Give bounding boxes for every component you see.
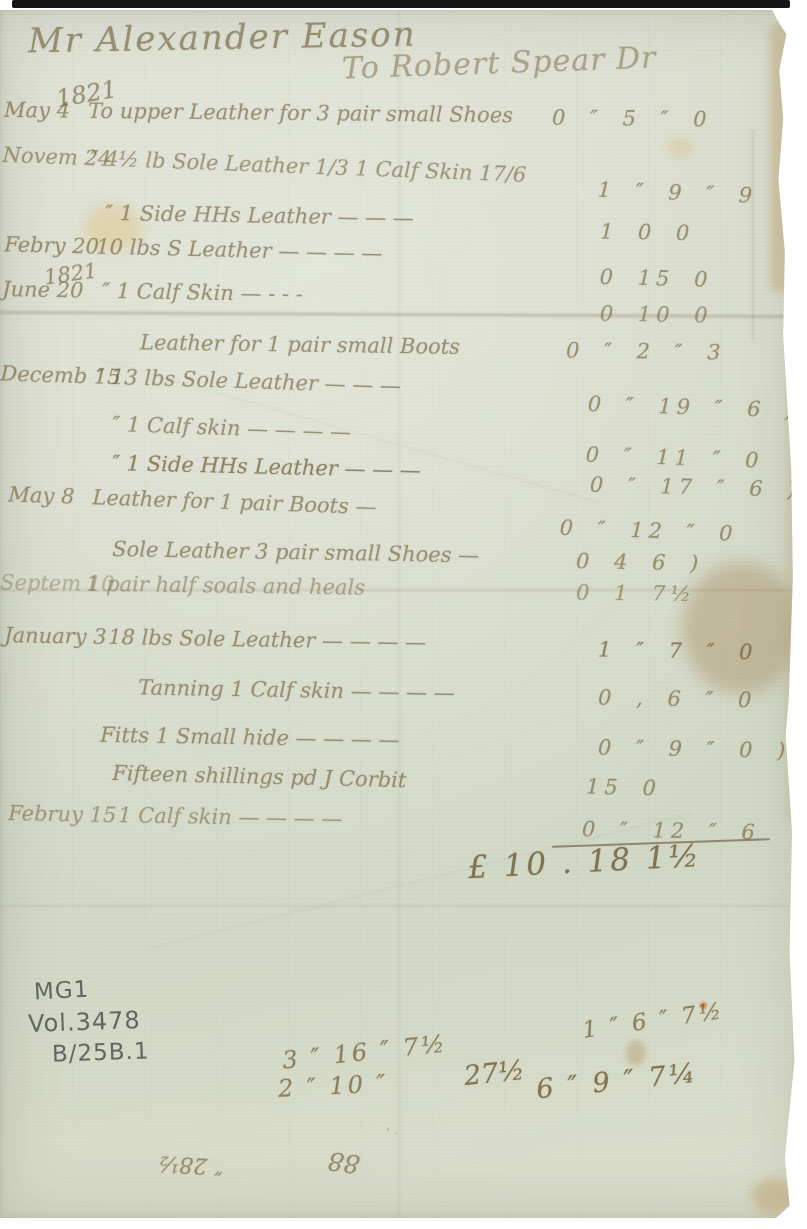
entry-description: Sole Leather 3 pair small Shoes —	[112, 537, 479, 567]
inverted-note: 88	[326, 1146, 362, 1179]
entry-amount: 0 ″ 9 ″ 0 )	[598, 735, 791, 762]
ledger-entry: January 3 18 lbs Sole Leather — — — — 1 …	[0, 623, 800, 679]
entry-amount: 1 0 0	[600, 219, 695, 245]
entry-amount: 0 10 0	[600, 301, 713, 327]
entry-description: Leather for 1 pair small Boots	[140, 330, 460, 358]
entry-amount: 1 ″ 7 ″ 0	[598, 637, 758, 664]
entry-date: January 3	[4, 623, 107, 649]
calculation-note: 6 ″ 9 ″ 7¼	[535, 1058, 700, 1106]
scan-edge-strip	[12, 0, 790, 8]
archival-mark: MG1	[33, 977, 90, 1006]
fold-crease	[0, 905, 800, 907]
entry-date: May 8	[8, 482, 75, 508]
entry-date: May 4	[4, 98, 70, 123]
paper-sheet: Mr Alexander Eason To Robert Spear Dr 18…	[0, 10, 800, 1218]
entry-amount: 0 , 6 ″ 0	[598, 685, 757, 712]
archival-mark: Vol.3478	[28, 1006, 142, 1038]
entry-description: 18 lbs Sole Leather — — — —	[108, 625, 426, 655]
entry-description: To upper Leather for 3 pair small Shoes	[88, 99, 513, 127]
entry-description: ″ 1 Calf Skin — ‐ ‐ ‐	[102, 279, 303, 306]
entry-amount: 0 ″ 12 ″ 0	[559, 516, 738, 546]
entry-description: 1 pair half soals and heals	[86, 572, 365, 600]
ledger-entry: May 4 To upper Leather for 3 pair small …	[0, 98, 800, 148]
entry-date: Februy 15	[8, 801, 117, 827]
stain	[752, 1178, 796, 1214]
calculation-note: 27½	[463, 1055, 526, 1092]
archival-mark: B/25B.1	[52, 1038, 150, 1067]
entry-amount: 0 ″ 5 ″ 0	[552, 106, 712, 132]
entry-amount: 0 ″ 2 ″ 3	[566, 338, 726, 364]
scanned-document: Mr Alexander Eason To Robert Spear Dr 18…	[0, 0, 807, 1229]
entry-description: Fitts 1 Small hide — — — —	[100, 723, 400, 752]
entry-amount: 1 ″ 9 ″ 9	[597, 178, 757, 208]
calculation-note: 2 ″ 10 ″	[277, 1069, 389, 1103]
calculation-note: 1 ″ 6 ″ 7½	[581, 998, 726, 1044]
inverted-note: ″ 28½	[157, 1150, 223, 1178]
entry-amount: 0 4 6 )	[576, 549, 704, 575]
entry-date: Febry 20	[4, 232, 99, 258]
entry-description: 1 Calf skin — — — —	[118, 803, 343, 831]
ledger-entry: Tanning 1 Calf skin — — — — 0 , 6 ″ 0	[0, 673, 800, 729]
entry-amount: 15 0	[586, 775, 661, 801]
entry-description: ″ 1 Side HHs Leather — — —	[105, 201, 414, 230]
entry-amount: 0 ″ 19 ″ 6 )	[587, 392, 798, 423]
entry-date: June 20	[2, 277, 84, 302]
inverted-note: · ‚	[386, 1126, 397, 1140]
entry-description: Tanning 1 Calf skin — — — —	[138, 675, 455, 705]
entry-amount: 0 ″ 17 ″ 6 )	[590, 473, 801, 502]
entry-description: ″ 1 Calf skin — — — —	[112, 412, 351, 444]
entry-description: ″ 4½ lb Sole Leather 1/3 1 Calf Skin 17/…	[90, 146, 527, 187]
calculation-note: 3 ″ 16 ″ 7½	[281, 1029, 449, 1074]
entry-amount: 0 1 7½	[576, 580, 696, 606]
